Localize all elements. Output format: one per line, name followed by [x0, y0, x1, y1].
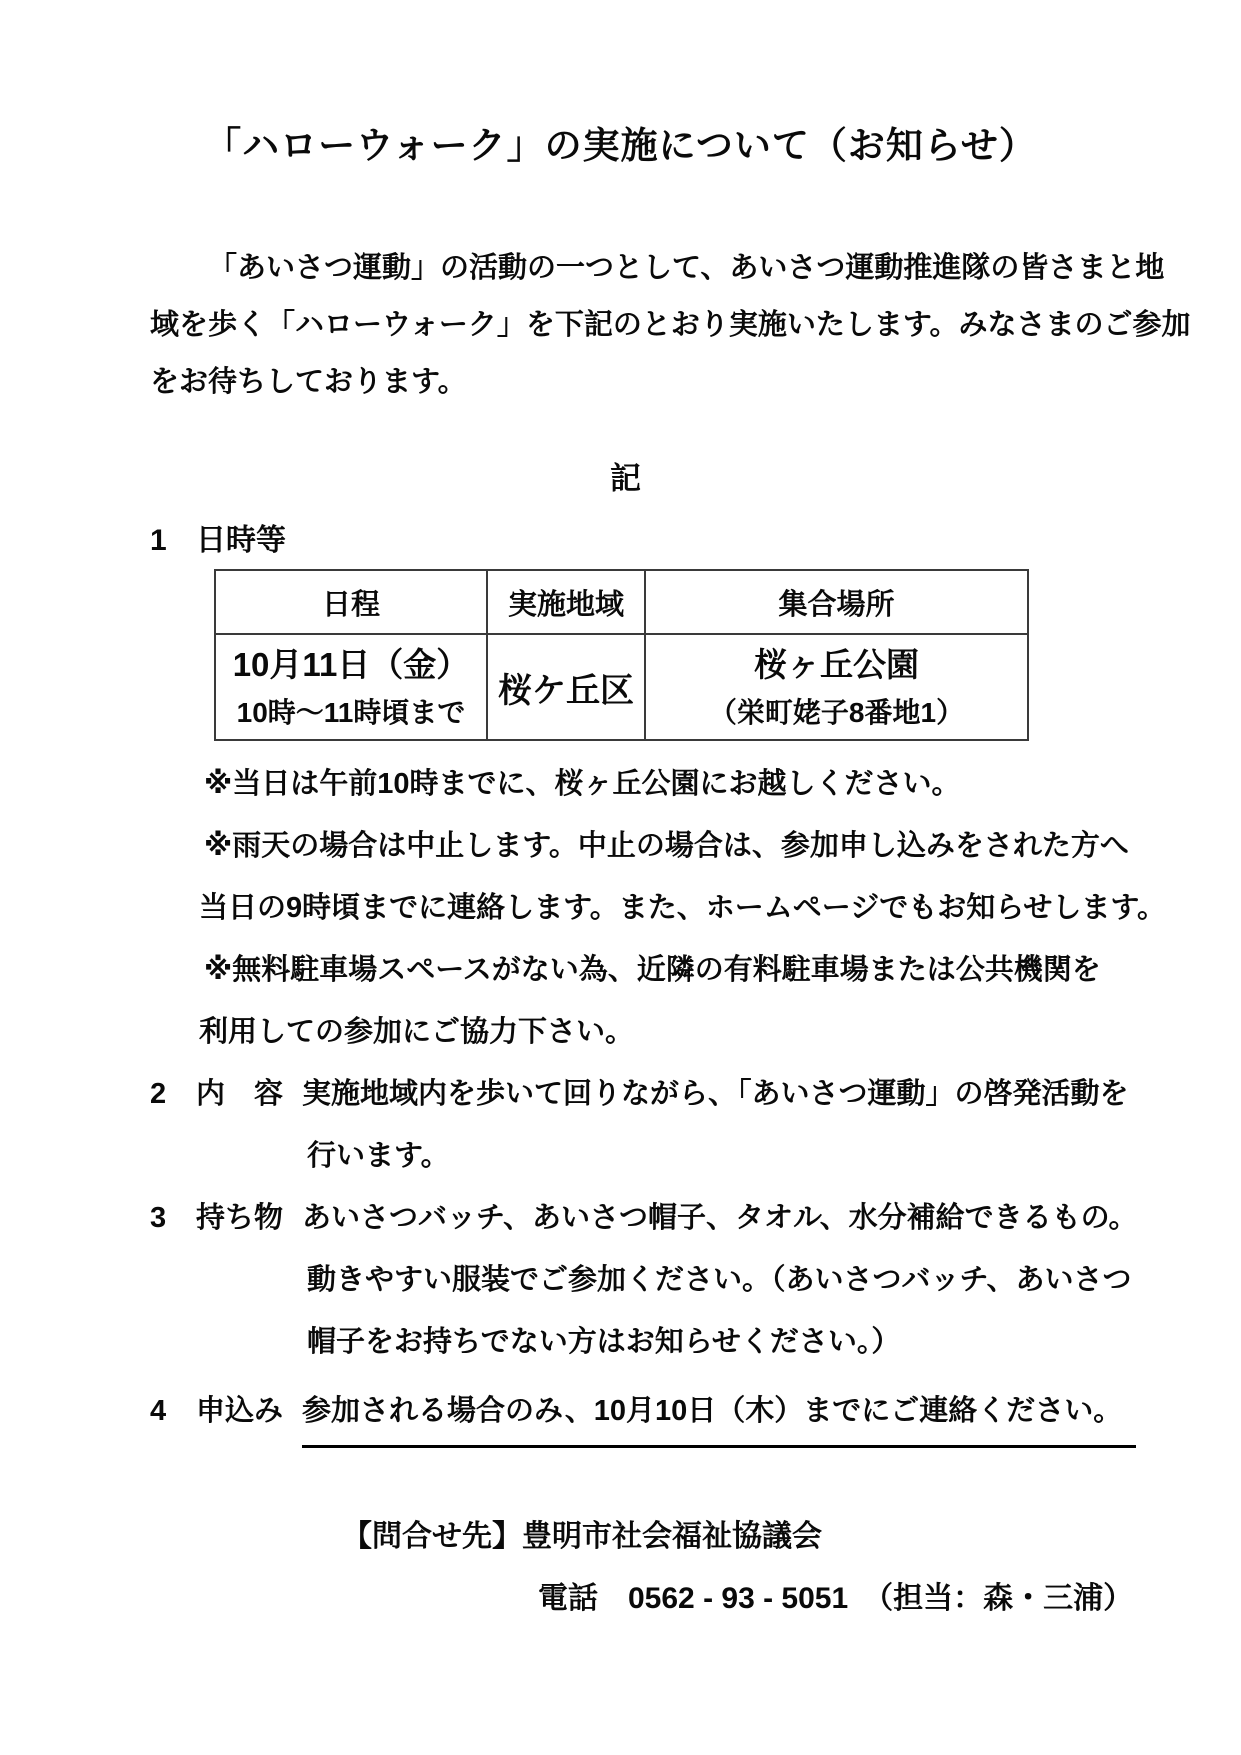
section-text-continuation: 行います。	[307, 1125, 1101, 1187]
table-header-date: 日程	[215, 570, 487, 634]
note-line: 利用しての参加にご協力下さい。	[199, 1001, 1101, 1063]
section-text-continuation: 帽子をお持ちでない方はお知らせください。）	[307, 1311, 1101, 1373]
section-4: 4 申込み 参加される場合のみ、10月10日（木）までにご連絡ください。	[150, 1380, 1101, 1448]
note-line: ※雨天の場合は中止します。中止の場合は、参加申し込みをされた方へ	[204, 815, 1101, 877]
date-main: 10月11日（金）	[216, 639, 486, 691]
contact-line: 【問合せ先】豊明市社会福祉協議会	[342, 1506, 1101, 1568]
section-label: 日時等	[196, 516, 286, 566]
table-header-place: 集合場所	[645, 570, 1028, 634]
section-label: 申込み	[196, 1380, 302, 1448]
section-1-heading: 1 日時等	[150, 516, 1101, 566]
intro-paragraph: 「あいさつ運動」の活動の一つとして、あいさつ運動推進隊の皆さまと地 域を歩く「ハ…	[150, 240, 1101, 411]
section-number: 4	[150, 1380, 196, 1448]
area-cell: 桜ケ丘区	[487, 634, 645, 740]
section-4-row: 4 申込み 参加される場合のみ、10月10日（木）までにご連絡ください。	[150, 1380, 1101, 1448]
date-sub: 10時～11時頃まで	[216, 691, 486, 735]
notes-block: ※当日は午前10時までに、桜ヶ丘公園にお越しください。 ※雨天の場合は中止します…	[204, 753, 1101, 1063]
document-body: 「あいさつ運動」の活動の一つとして、あいさつ運動推進隊の皆さまと地 域を歩く「ハ…	[0, 240, 1241, 1630]
deadline-underlined-text: 参加される場合のみ、10月10日（木）までにご連絡ください。	[302, 1380, 1136, 1448]
area-name: 桜ケ丘区	[488, 663, 644, 712]
table-header-area: 実施地域	[487, 570, 645, 634]
note-line: ※当日は午前10時までに、桜ヶ丘公園にお越しください。	[204, 753, 1101, 815]
note-line: ※無料駐車場スペースがない為、近隣の有料駐車場または公共機関を	[204, 939, 1101, 1001]
section-number: 3	[150, 1187, 196, 1249]
intro-line: 「あいさつ運動」の活動の一つとして、あいさつ運動推進隊の皆さまと地	[150, 240, 1101, 297]
section-text-continuation: 動きやすい服装でご参加ください。（あいさつバッチ、あいさつ	[307, 1249, 1101, 1311]
note-line: 当日の9時頃までに連絡します。また、ホームページでもお知らせします。	[199, 877, 1101, 939]
table-header-row: 日程 実施地域 集合場所	[215, 570, 1028, 634]
date-cell: 10月11日（金） 10時～11時頃まで	[215, 634, 487, 740]
document-page: 「ハローウォーク」の実施について（お知らせ） 「あいさつ運動」の活動の一つとして…	[0, 0, 1241, 1755]
place-main: 桜ヶ丘公園	[646, 639, 1027, 691]
section-number: 1	[150, 516, 196, 566]
intro-line: をお待ちしております。	[150, 354, 1101, 411]
section-text: あいさつバッチ、あいさつ帽子、タオル、水分補給できるもの。	[302, 1187, 1138, 1249]
section-2-row: 2 内 容 実施地域内を歩いて回りながら、「あいさつ運動」の啓発活動を	[150, 1063, 1101, 1125]
document-title: 「ハローウォーク」の実施について（お知らせ）	[0, 0, 1241, 170]
table-row: 10月11日（金） 10時～11時頃まで 桜ケ丘区 桜ヶ丘公園 （栄町姥子8番地…	[215, 634, 1028, 740]
section-number: 2	[150, 1063, 196, 1125]
section-label: 内 容	[196, 1063, 302, 1125]
place-cell: 桜ヶ丘公園 （栄町姥子8番地1）	[645, 634, 1028, 740]
phone-line: 電話 0562 - 93 - 5051 （担当：森・三浦）	[538, 1568, 1101, 1630]
record-marker: 記	[150, 450, 1101, 507]
section-3: 3 持ち物 あいさつバッチ、あいさつ帽子、タオル、水分補給できるもの。 動きやす…	[150, 1187, 1101, 1373]
section-2: 2 内 容 実施地域内を歩いて回りながら、「あいさつ運動」の啓発活動を 行います…	[150, 1063, 1101, 1187]
intro-line: 域を歩く「ハローウォーク」を下記のとおり実施いたします。みなさまのご参加	[150, 297, 1101, 354]
place-sub: （栄町姥子8番地1）	[646, 691, 1027, 735]
section-text: 実施地域内を歩いて回りながら、「あいさつ運動」の啓発活動を	[302, 1063, 1129, 1125]
schedule-table: 日程 実施地域 集合場所 10月11日（金） 10時～11時頃まで 桜ケ丘区 桜…	[214, 569, 1029, 741]
section-3-row: 3 持ち物 あいさつバッチ、あいさつ帽子、タオル、水分補給できるもの。	[150, 1187, 1101, 1249]
section-label: 持ち物	[196, 1187, 302, 1249]
